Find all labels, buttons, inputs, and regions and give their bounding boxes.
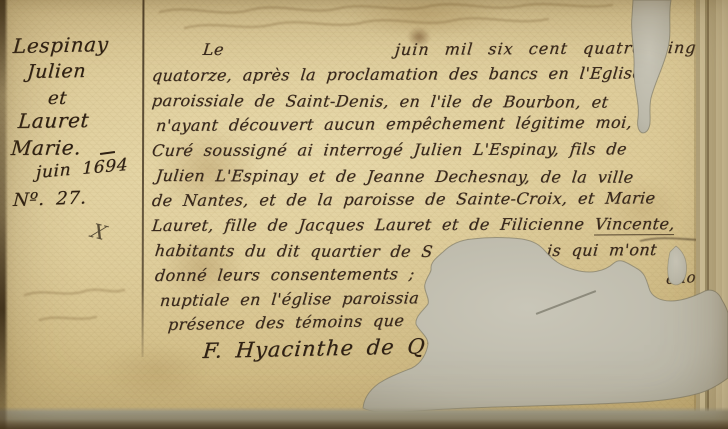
damage-overlay	[0, 0, 728, 429]
binding-edge-left	[0, 0, 8, 429]
page-edge-bottom	[0, 407, 728, 429]
manuscript-page: Lespinay Julien et Lauret Marie. juin 16…	[0, 0, 728, 429]
damage-patch-top-right	[632, 0, 671, 133]
damage-finger	[668, 246, 687, 285]
